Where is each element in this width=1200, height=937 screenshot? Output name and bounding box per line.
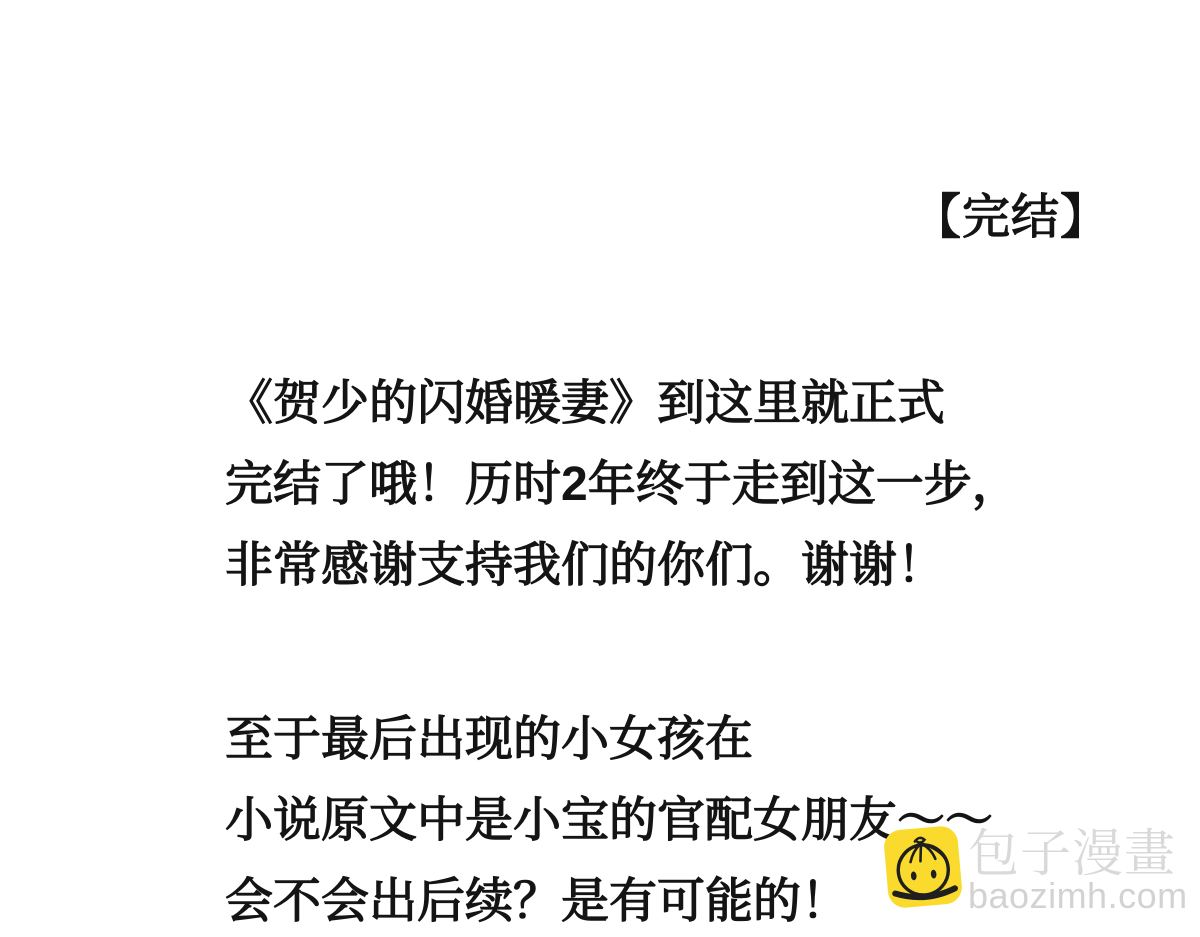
baozi-bun-icon	[883, 825, 964, 909]
comic-ending-page: 【完结】 《贺少的闪婚暖妻》到这里就正式 完结了哦！历时2年终于走到这一步， 非…	[0, 0, 1200, 937]
text-line: 《贺少的闪婚暖妻》到这里就正式	[225, 363, 1020, 444]
text-line: 至于最后出现的小女孩在	[225, 699, 993, 780]
epilogue-paragraph: 至于最后出现的小女孩在 小说原文中是小宝的官配女朋友～～ 会不会出后续？是有可能…	[225, 699, 993, 937]
watermark: 包子漫畫 baozimh.com	[886, 828, 1188, 913]
watermark-text: 包子漫畫 baozimh.com	[968, 828, 1188, 913]
text-line: 完结了哦！历时2年终于走到这一步，	[225, 444, 1020, 525]
text-line: 会不会出后续？是有可能的！	[225, 861, 993, 937]
completion-tag: 【完结】	[913, 192, 1109, 245]
watermark-site-url: baozimh.com	[968, 879, 1188, 913]
text-line: 小说原文中是小宝的官配女朋友～～	[225, 780, 993, 861]
watermark-site-name: 包子漫畫	[968, 828, 1188, 879]
thanks-paragraph: 《贺少的闪婚暖妻》到这里就正式 完结了哦！历时2年终于走到这一步， 非常感谢支持…	[225, 363, 1020, 606]
text-line: 非常感谢支持我们的你们。谢谢！	[225, 525, 1020, 606]
